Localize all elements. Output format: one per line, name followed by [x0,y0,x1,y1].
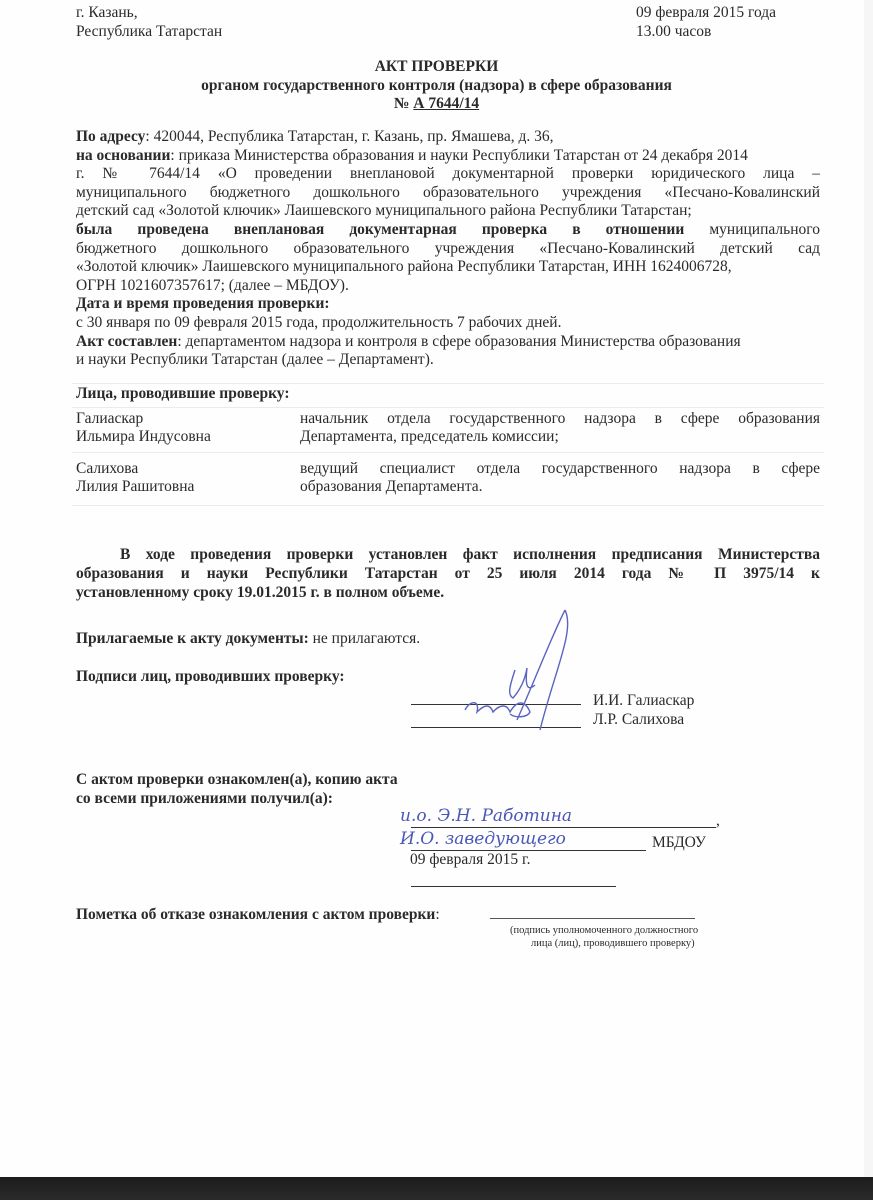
title-line-1: АКТ ПРОВЕРКИ [0,58,873,77]
basis-line-2: г. № 7644/14 «О проведении внеплановой д… [76,165,820,184]
acknowledgement-date: 09 февраля 2015 г. [410,851,530,870]
signer-1: И.И. Галиаскар [593,692,694,711]
datetime-label: Дата и время проведения проверки: [76,295,820,314]
acknowledgement-extra-line [411,886,616,887]
finding-line-1: В ходе проведения проверки установлен фа… [76,545,820,564]
inspection-line-3: «Золотой ключик» Лаишевского муниципальн… [76,258,820,277]
address-label: По адресу [76,128,145,145]
table-border-top [72,383,824,384]
composed-label: Акт составлен [76,333,177,350]
basis-label: на основании [76,147,170,164]
recipient-org: МБДОУ [652,834,706,853]
inspector-role-line-1: начальник отдела государственного надзор… [300,410,820,429]
inspection-label: была проведена внеплановая документарная… [76,221,684,238]
place-city: г. Казань, [76,4,222,23]
inspector-role-line-2: Департамента, председатель комиссии; [300,428,820,447]
inspectors-table: Лица, проводившие проверку: Галиаскар Ил… [76,385,820,504]
header-time: 13.00 часов [636,23,776,42]
composed-line-2: и науки Республики Татарстан (далее – Де… [76,351,820,370]
inspector-row: Галиаскар Ильмира Индусовна начальник от… [76,410,820,454]
handwritten-recipient-title: И.О. заведующего [400,829,566,849]
composed-line-1: Акт составлен: департаментом надзора и к… [76,333,820,352]
table-border-bottom [72,505,824,506]
header-datetime: 09 февраля 2015 года 13.00 часов [636,4,776,41]
basis-line-1: на основании: приказа Министерства образ… [76,147,820,166]
finding-line-3: установленному сроку 19.01.2015 г. в пол… [76,583,820,602]
refusal-colon: : [435,906,439,923]
attachments-label: Прилагаемые к акту документы: [76,630,309,647]
address-line: По адресу: 420044, Республика Татарстан,… [76,128,820,147]
datetime-text: с 30 января по 09 февраля 2015 года, про… [76,314,820,333]
attachments-line: Прилагаемые к акту документы: не прилага… [76,630,420,649]
inspection-line-4: ОГРН 1021607357617; (далее – МБДОУ). [76,277,820,296]
finding-line-2: образования и науки Республики Татарстан… [76,564,820,583]
composed-text-1: : департаментом надзора и контроля в сфе… [177,333,740,350]
refusal-label: Пометка об отказе ознакомления с актом п… [76,906,435,923]
document-title: АКТ ПРОВЕРКИ органом государственного ко… [0,58,873,114]
inspector-surname: Салихова [76,460,286,479]
address-text: : 420044, Республика Татарстан, г. Казан… [145,128,553,145]
scan-edge-bottom [0,1177,873,1200]
inspection-line-2: бюджетного дошкольного образовательного … [76,240,820,259]
inspector-name: Салихова Лилия Рашитовна [76,460,286,497]
refusal-signature-line [490,918,695,919]
inspector-name: Галиаскар Ильмира Индусовна [76,410,286,447]
scan-edge-right [864,0,873,1177]
place-republic: Республика Татарстан [76,23,222,42]
header-place: г. Казань, Республика Татарстан [76,4,222,41]
refusal-line: Пометка об отказе ознакомления с актом п… [76,906,440,925]
title-line-2: органом государственного контроля (надзо… [0,77,873,96]
attachments-value: не прилагаются. [309,630,420,647]
inspector-role: начальник отдела государственного надзор… [300,410,820,447]
recipient-comma: , [716,812,720,831]
handwritten-signatures [455,600,595,750]
basis-text-1: : приказа Министерства образования и нау… [170,147,748,164]
inspection-finding: В ходе проведения проверки установлен фа… [76,545,820,602]
inspector-role-line-1: ведущий специалист отдела государственно… [300,460,820,479]
inspector-given-name: Лилия Рашитовна [76,478,286,497]
inspection-line-1: была проведена внеплановая документарная… [76,221,820,240]
inspector-given-name: Ильмира Индусовна [76,428,286,447]
inspector-role: ведущий специалист отдела государственно… [300,460,820,497]
inspectors-heading: Лица, проводившие проверку: [76,385,820,404]
basis-line-3: муниципального бюджетного дошкольного об… [76,184,820,203]
act-number-prefix: № [394,95,413,112]
act-details: По адресу: 420044, Республика Татарстан,… [76,128,820,370]
act-number-value: А 7644/14 [413,95,479,112]
acknowledgement-label: С актом проверки ознакомлен(а), копию ак… [76,771,398,808]
refusal-caption-line-1: (подпись уполномоченного должностного [510,924,698,937]
signer-2: Л.Р. Салихова [593,711,684,730]
inspector-role-line-2: образования Департамента. [300,478,820,497]
refusal-caption-line-2: лица (лиц), проводившего проверку) [531,937,695,950]
basis-line-4: детский сад «Золотой ключик» Лаишевского… [76,202,820,221]
inspection-text-1: муниципального [684,221,820,238]
acknowledgement-label-line-1: С актом проверки ознакомлен(а), копию ак… [76,771,398,790]
inspector-surname: Галиаскар [76,410,286,429]
signatures-label: Подписи лиц, проводивших проверку: [76,668,345,687]
acknowledgement-label-line-2: со всеми приложениями получил(а): [76,790,398,809]
act-number: № А 7644/14 [0,95,873,114]
document-page: г. Казань, Республика Татарстан 09 февра… [0,0,865,1177]
recipient-line-1 [411,827,716,828]
inspector-row: Салихова Лилия Рашитовна ведущий специал… [76,460,820,504]
handwritten-recipient-name: и.о. Э.Н. Работина [400,806,572,826]
header-date: 09 февраля 2015 года [636,4,776,23]
